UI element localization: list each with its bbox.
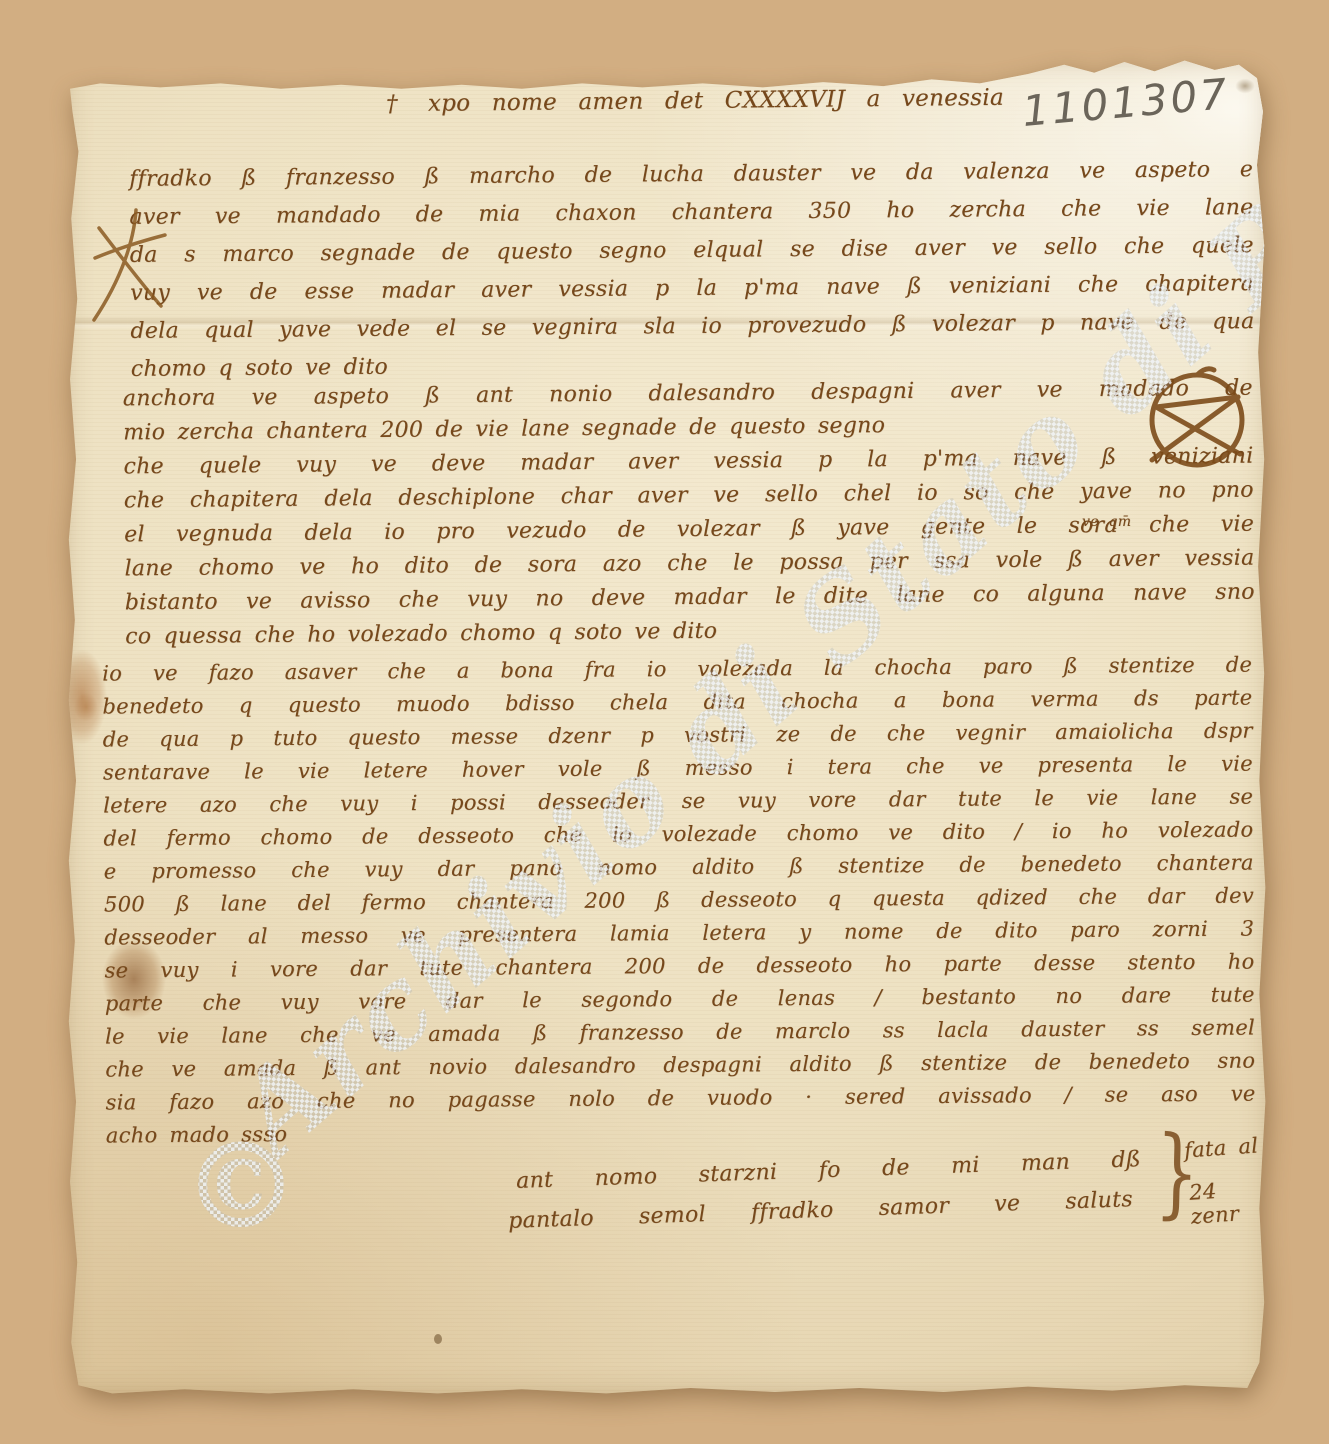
edge-smudge (1232, 76, 1258, 96)
closing-place: fata al (1183, 1133, 1259, 1162)
closing-date: 24 zenr (1188, 1175, 1270, 1228)
manuscript-paper: † xpo nome amen det CXXXXVIJ a venessia … (64, 58, 1269, 1396)
manuscript-paper-wrap: † xpo nome amen det CXXXXVIJ a venessia … (64, 58, 1269, 1396)
interlinear-note: ve qm̄ (1082, 514, 1131, 530)
ink-stain (70, 688, 102, 726)
ink-speck (434, 1334, 442, 1344)
closing-signature-line: ant nomo starzni fo de mi man dß (516, 1147, 1141, 1194)
copyright-watermark-icon: © (182, 1116, 300, 1255)
scan-backdrop: { "colors": { "backdrop": "#d2ae82", "pa… (0, 0, 1329, 1444)
closing-signature-line: pantalo semol ffradko samor ve saluts (508, 1187, 1133, 1234)
invocation-heading: † xpo nome amen det CXXXXVIJ a venessia (386, 85, 1004, 117)
